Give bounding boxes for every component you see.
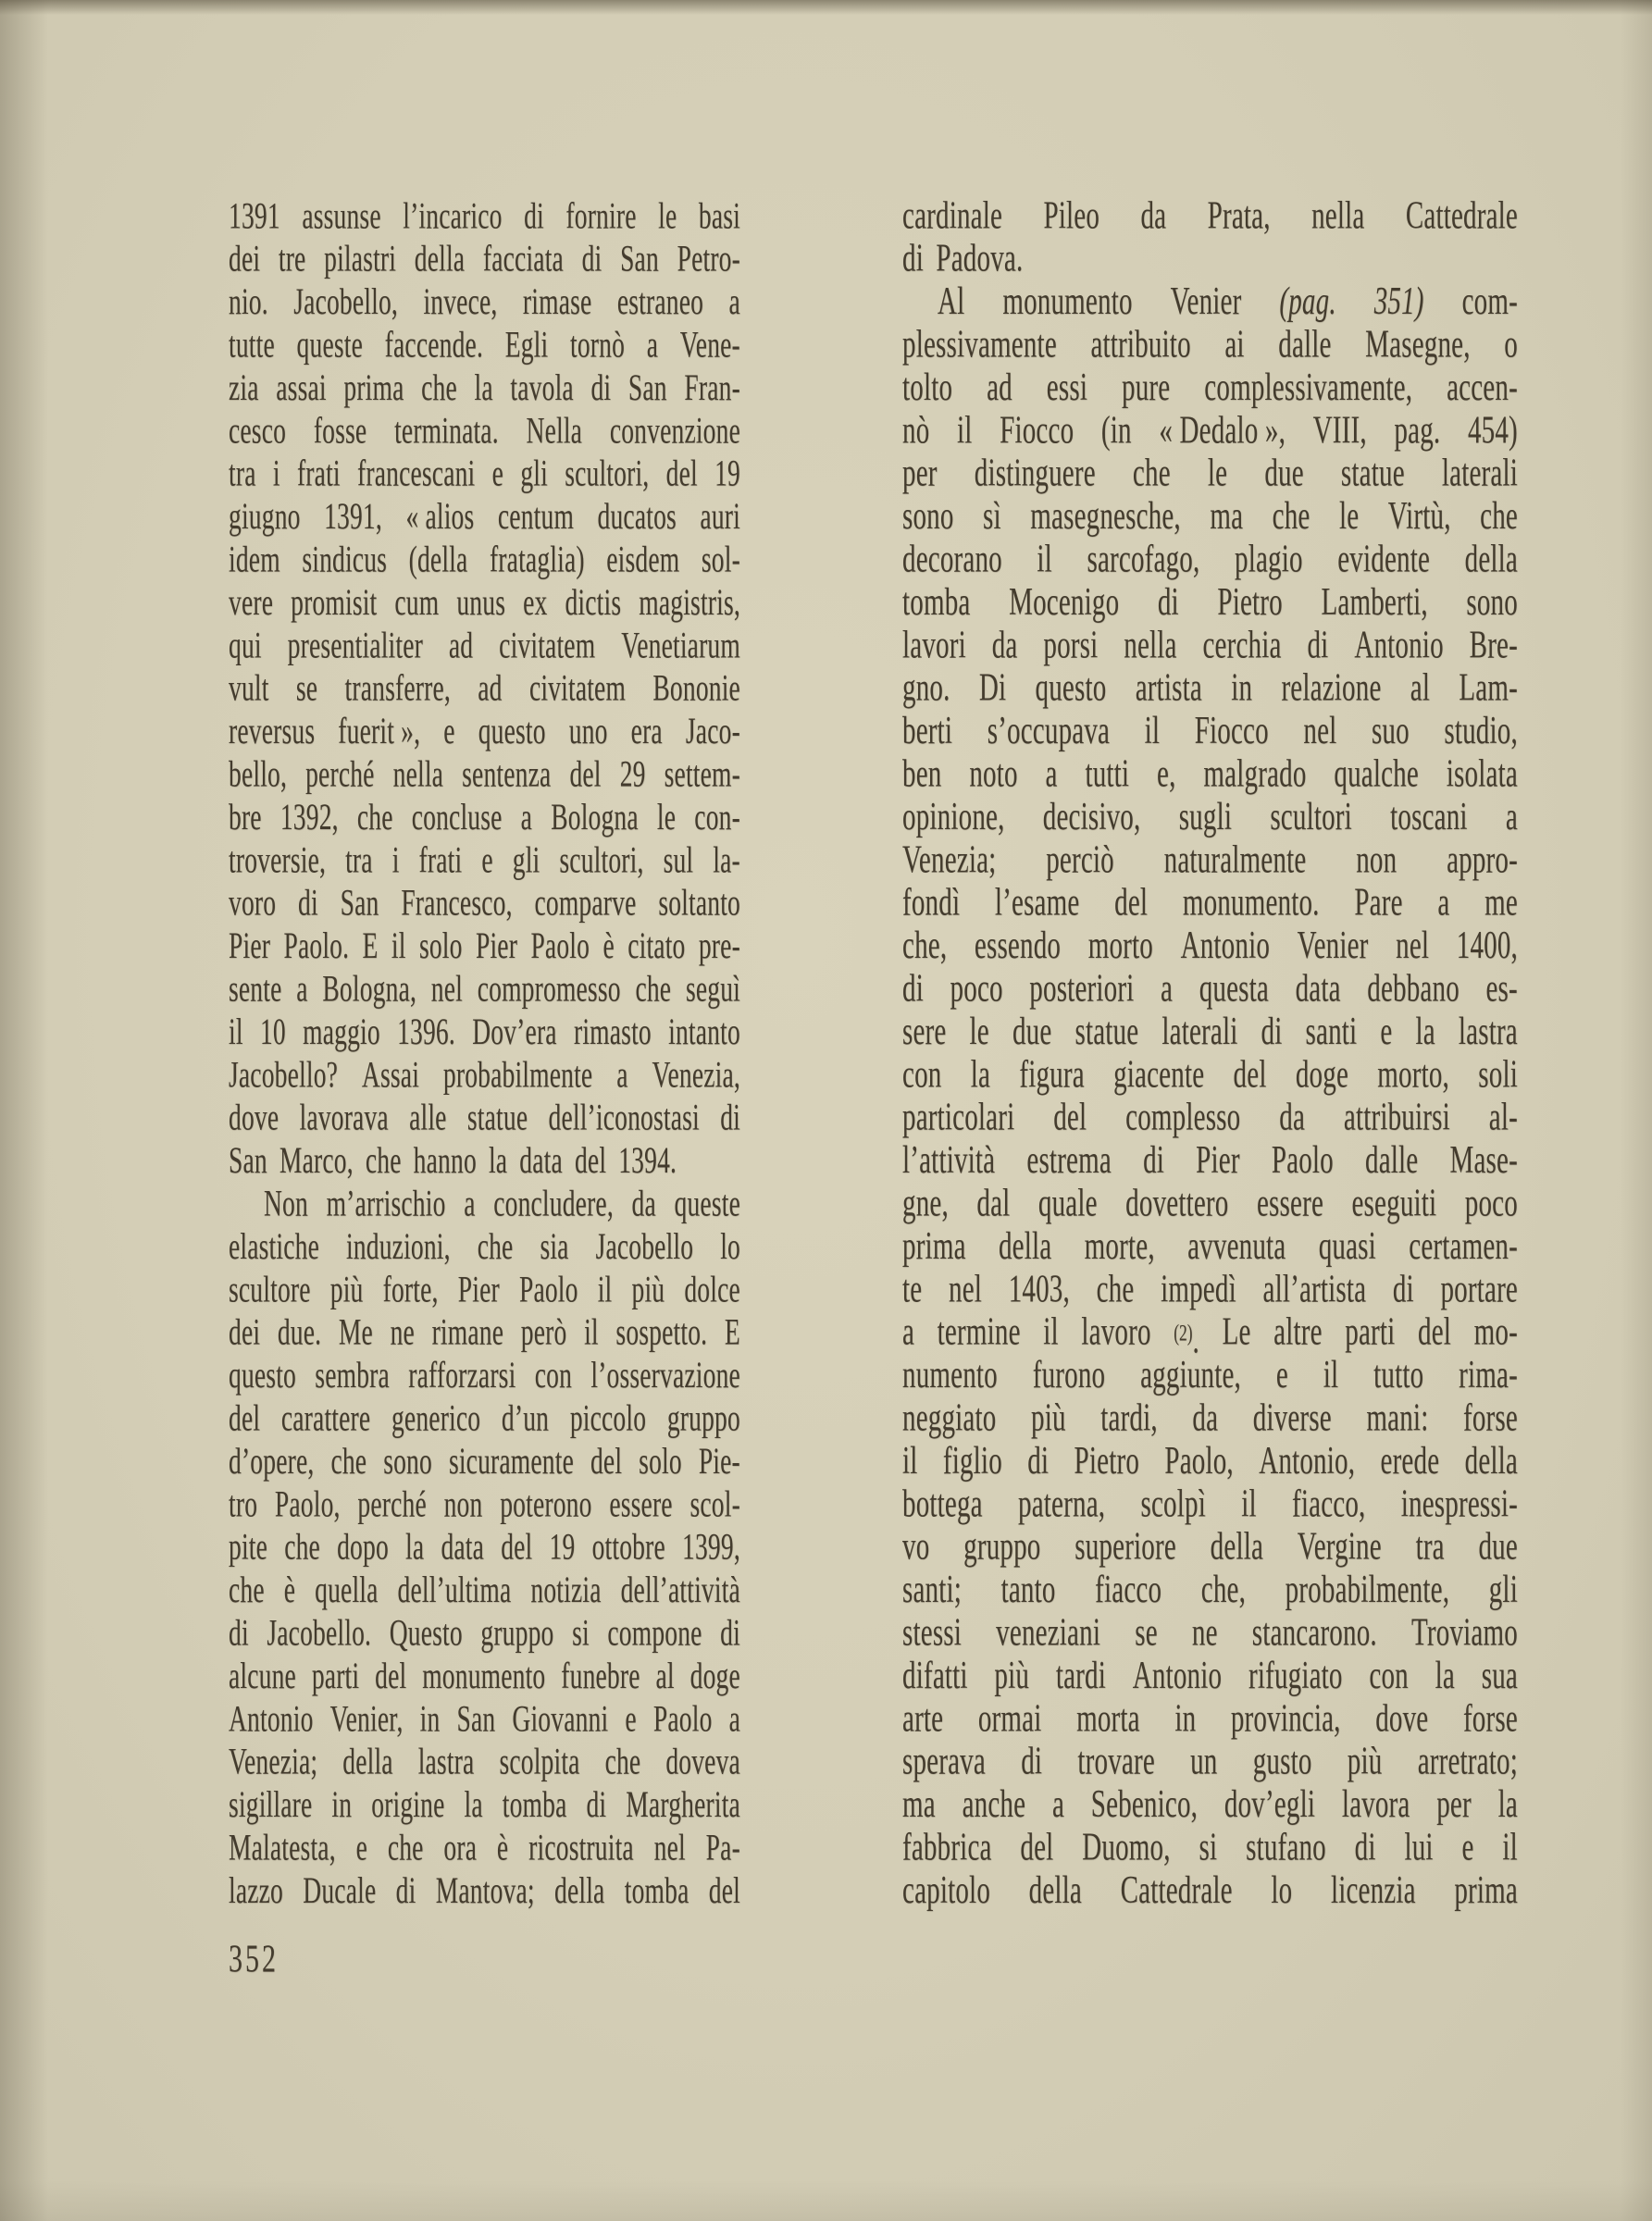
word: Di [979, 666, 1006, 709]
word: le [1208, 452, 1227, 494]
word: Jacobello? [229, 1053, 338, 1096]
word: di [298, 881, 318, 924]
word: tanto [1001, 1569, 1056, 1611]
word: sono [1466, 581, 1518, 624]
text-line: nòilFiocco(in« Dedalo »,VIII,pag.454) [902, 409, 1518, 452]
word: evidente [1337, 538, 1430, 580]
text-line: reversusfuerit »,equestounoeraJaco- [229, 710, 740, 752]
word: del [569, 752, 601, 795]
word: i [273, 452, 280, 494]
word: a [902, 1310, 914, 1353]
word: vo [902, 1525, 929, 1568]
word: laterali [1161, 1011, 1237, 1053]
word: questo [229, 1354, 296, 1396]
word: che [478, 1225, 514, 1268]
word: la [971, 1053, 990, 1096]
word: il [584, 1310, 599, 1353]
word: 454) [1468, 409, 1518, 452]
word: debbano [1367, 967, 1459, 1010]
word: santi [1306, 1011, 1358, 1053]
word: poco [950, 967, 1003, 1010]
word: le [1339, 495, 1359, 538]
word: con [902, 1053, 941, 1096]
text-line: vorodiSanFrancesco,comparvesoltanto [229, 881, 740, 924]
word: statue [1341, 452, 1405, 494]
word: data [441, 1525, 484, 1568]
word: Jacobello, [293, 280, 398, 323]
word: plessivamente [902, 323, 1057, 366]
word: induzioni, [346, 1225, 451, 1268]
word: Lam- [1459, 666, 1518, 709]
word: Petro- [677, 237, 740, 279]
text-line: santi;tantofiaccoche,probabilmente,gli [902, 1569, 1518, 1611]
word: al [1410, 666, 1430, 709]
word: masegnesche, [1030, 495, 1181, 538]
word: Cattedrale [1121, 1869, 1233, 1912]
word: 19 [714, 452, 740, 494]
word: del [1234, 1053, 1267, 1096]
word: Antonio [1133, 1655, 1222, 1697]
word: doge [690, 1655, 740, 1697]
word: essi [1047, 366, 1087, 409]
word: aggiunte, [1140, 1354, 1241, 1396]
word: il [229, 1011, 243, 1053]
word: il [1241, 1483, 1257, 1525]
word: stufano [1246, 1826, 1326, 1868]
word: dalle [1365, 1139, 1418, 1182]
word: a [296, 967, 307, 1010]
word: santi; [902, 1569, 962, 1611]
word: San [628, 366, 667, 409]
word: sono [383, 1440, 432, 1483]
word: che [1133, 452, 1171, 494]
word: me [1484, 881, 1518, 924]
word: assunse [302, 194, 380, 237]
word: e [356, 1826, 367, 1868]
word: Non [264, 1182, 308, 1224]
word: nel [1396, 924, 1429, 967]
word: lavorava [300, 1096, 389, 1138]
word: tutti [1085, 752, 1129, 795]
word: al [656, 1655, 675, 1697]
word: Me [339, 1310, 373, 1353]
word: Sebenico, [1091, 1783, 1198, 1826]
word: gli [1489, 1569, 1518, 1611]
word: civitatem [529, 666, 626, 709]
word: sia [540, 1225, 568, 1268]
word: sembra [315, 1354, 390, 1396]
word: ormai [978, 1697, 1042, 1740]
text-line: Malatesta,echeoraèricostruitanelPa- [229, 1826, 740, 1868]
text-column-right: cardinalePileodaPrata,nellaCattedraledi … [902, 194, 1518, 1912]
word: provincia, [1231, 1697, 1341, 1740]
word: Al [938, 280, 964, 323]
text-line: ilfigliodiPietroPaolo,Antonio,erededella [902, 1440, 1518, 1483]
word: termine [938, 1310, 1021, 1353]
word: decisivo, [1043, 796, 1141, 838]
word: vult [229, 666, 269, 709]
word: berti [902, 710, 952, 752]
word: ai [1224, 323, 1244, 366]
word: Le [1223, 1310, 1251, 1353]
text-line: neggiatopiùtardi,dadiversemani:forse [902, 1396, 1518, 1439]
word: es- [1485, 967, 1517, 1010]
word: essere [1257, 1182, 1323, 1224]
text-line: bello,perchénellasentenzadel29settem- [229, 752, 740, 795]
text-line: difattipiùtardiAntoniorifugiatoconlasua [902, 1655, 1518, 1697]
word: 1396. [397, 1011, 455, 1053]
word: due [1012, 1011, 1051, 1053]
word: il [902, 1440, 918, 1483]
word: l’esame [995, 881, 1080, 924]
word: Pietro [1217, 581, 1282, 624]
word: porsi [1043, 624, 1098, 666]
word: del [709, 1869, 740, 1912]
text-line: capitolodellaCattedralelolicenziaprima [902, 1869, 1518, 1912]
word: tolto [902, 366, 952, 409]
word: dalle [1278, 323, 1331, 366]
word: idem [229, 538, 280, 580]
word: accen- [1447, 366, 1518, 409]
word: ducatos [598, 495, 677, 538]
word: erede [1381, 1440, 1440, 1483]
word: frataglia) [490, 538, 585, 580]
word: gruppo [963, 1525, 1040, 1568]
word: mo- [1474, 1310, 1518, 1353]
word: la [1415, 1011, 1435, 1053]
word: forse [1463, 1396, 1518, 1439]
word: statue [1074, 1011, 1138, 1053]
word: di [1307, 624, 1328, 666]
text-line: tenel1403,cheimpedìall’artistadiportare [902, 1268, 1518, 1310]
word: non [444, 1483, 483, 1525]
word: data [1296, 967, 1341, 1010]
word: del [1020, 1826, 1053, 1868]
word: tavola [510, 366, 573, 409]
text-line: toltoadessipurecomplessivamente,accen- [902, 366, 1518, 409]
word: che [229, 1569, 265, 1611]
word: e [1461, 1826, 1473, 1868]
word: dell’ultima [398, 1569, 512, 1611]
text-line: arteormaimortainprovincia,doveforse [902, 1697, 1518, 1740]
word: notizia [530, 1569, 601, 1611]
word: nel [431, 967, 463, 1010]
word: Vene- [680, 323, 740, 366]
word: Fiocco [1000, 409, 1074, 452]
word: la- [713, 838, 740, 881]
word: sono [902, 495, 954, 538]
text-line: lavoridaporsinellacerchiadiAntonioBre- [902, 624, 1518, 666]
word: (pag. [1279, 280, 1335, 323]
text-line: bottegapaterna,scolpìilfiacco,inespressi… [902, 1483, 1518, 1525]
word: Margherita [626, 1783, 740, 1826]
word: del [1418, 1310, 1451, 1353]
word: sentenza [462, 752, 551, 795]
word: Paolo [519, 1268, 578, 1310]
word: non [1356, 838, 1397, 881]
word: rima- [1459, 1354, 1518, 1396]
word: settem- [665, 752, 740, 795]
word: nio. [229, 280, 268, 323]
word: Bologna [551, 796, 639, 838]
word: lo [1271, 1869, 1292, 1912]
word: neggiato [902, 1396, 996, 1439]
word: con- [694, 796, 740, 838]
word: di [1021, 1740, 1042, 1782]
word: Venier [1171, 280, 1242, 323]
word: lavori [902, 624, 966, 666]
word: del [1114, 881, 1148, 924]
word: ben [902, 752, 941, 795]
word: 1403, [1009, 1268, 1070, 1310]
text-line: maancheaSebenico,dov’eglilavoraperla [902, 1783, 1518, 1826]
word: intanto [668, 1011, 740, 1053]
word: bello, [229, 752, 287, 795]
word: concluse [412, 796, 503, 838]
word: Bre- [1470, 624, 1518, 666]
word: 29 [620, 752, 646, 795]
word: sigillare [229, 1783, 312, 1826]
word: la [464, 1783, 482, 1826]
word: seguì [686, 967, 740, 1010]
word: pite [229, 1525, 267, 1568]
word: Mase- [1449, 1139, 1517, 1182]
word: origine [371, 1783, 444, 1826]
word: dove [1375, 1697, 1428, 1740]
word: dei [229, 1310, 260, 1353]
word: bottega [902, 1483, 983, 1525]
text-line: Jacobello?AssaiprobabilmenteaVenezia, [229, 1053, 740, 1096]
word: a [1161, 967, 1173, 1010]
word: Francesco, [401, 881, 512, 924]
word: Pier [1196, 1139, 1240, 1182]
word: Egli [505, 323, 549, 366]
word: arte [902, 1697, 943, 1740]
word: che [635, 967, 671, 1010]
word: di [1143, 1139, 1164, 1182]
word: da [1140, 194, 1166, 237]
word: della [1029, 1869, 1082, 1912]
word: basi [699, 194, 740, 237]
word: il [1145, 710, 1161, 752]
word: Paolo, [275, 1483, 341, 1525]
word: tutte [229, 323, 275, 366]
word: sì [983, 495, 1001, 538]
word: ex [523, 581, 547, 624]
word: 1400, [1457, 924, 1518, 967]
word: parti [1345, 1310, 1395, 1353]
word: tro [229, 1483, 257, 1525]
word: posteriori [1029, 967, 1134, 1010]
word: funebre [561, 1655, 640, 1697]
word: due. [278, 1310, 321, 1353]
word: ora [443, 1826, 477, 1868]
word: 351) [1374, 280, 1424, 323]
word: distinguere [975, 452, 1096, 494]
word: per [902, 452, 938, 494]
word: ottobre [592, 1525, 665, 1568]
word: furono [1033, 1354, 1106, 1396]
word: Bologna, [322, 967, 416, 1010]
word: di [720, 1611, 740, 1654]
word: Masegne, [1365, 323, 1471, 366]
word: Pietro [1074, 1440, 1139, 1483]
word: il [1037, 538, 1052, 580]
word: maggio [303, 1011, 380, 1053]
word: E [725, 1310, 740, 1353]
word: morta [1076, 1697, 1140, 1740]
word: gusto [1253, 1740, 1312, 1782]
word: e [492, 452, 503, 494]
word: certamen- [1409, 1225, 1518, 1268]
word: e [1276, 1354, 1288, 1396]
text-line: troPaolo,perchénonpoteronoesserescol- [229, 1483, 740, 1525]
word: la [475, 366, 493, 409]
word: bre [229, 796, 262, 838]
text-line: vultsetransferre,adcivitatemBononie [229, 666, 740, 709]
word: Jacobello [596, 1225, 694, 1268]
word: il [957, 409, 973, 452]
word: che [388, 1826, 424, 1868]
text-line: cheèquelladell’ultimanotiziadell’attivit… [229, 1569, 740, 1611]
word: gne, [902, 1182, 949, 1224]
text-line: stessivenezianisenestancarono.Troviamo [902, 1611, 1518, 1654]
word: Virtù, [1388, 495, 1451, 538]
word: rifugiato [1248, 1655, 1343, 1697]
word: dolce [684, 1268, 740, 1310]
word: complessivamente, [1204, 366, 1412, 409]
text-line: bre1392,checoncluseaBolognalecon- [229, 796, 740, 838]
word: m’arrischio [327, 1182, 446, 1224]
word: del [229, 1396, 260, 1439]
word: di [590, 366, 611, 409]
word: Troviamo [1411, 1611, 1518, 1654]
word: quasi [1319, 1225, 1376, 1268]
word: che [1480, 495, 1518, 538]
word: San [456, 1697, 495, 1740]
word: numento [902, 1354, 998, 1396]
word: statue [467, 1096, 528, 1138]
word: l’osservazione [590, 1354, 740, 1396]
word: questo [1036, 666, 1107, 709]
word: queste [675, 1182, 740, 1224]
word: faccende. [385, 323, 483, 366]
word: magistris, [639, 581, 740, 624]
word: invece, [423, 280, 497, 323]
text-line: tombaMocenigodiPietroLamberti,sono [902, 581, 1518, 624]
word: 1399, [682, 1525, 740, 1568]
word: artista [1136, 666, 1202, 709]
word: pre- [699, 924, 740, 967]
word: facciata [483, 237, 564, 279]
word: della [1465, 538, 1518, 580]
word: parti [312, 1655, 359, 1697]
word: VIII, [1313, 409, 1367, 452]
word: Venier, [330, 1697, 404, 1740]
word: Malatesta, [229, 1826, 336, 1868]
word: dictis [565, 581, 621, 624]
text-line: dovelavoravaallestatuedell’iconostasidi [229, 1096, 740, 1138]
word: paterna, [1018, 1483, 1105, 1525]
word: ad [478, 666, 502, 709]
word: gruppo [480, 1611, 553, 1654]
word: scol- [689, 1483, 739, 1525]
text-line: troversie,traifratiegliscultori,sulla- [229, 838, 740, 881]
word: d’opere, [229, 1440, 314, 1483]
text-line: speravaditrovareungustopiùarretrato; [902, 1740, 1518, 1782]
text-line: che,essendomortoAntonioVeniernel1400, [902, 924, 1518, 967]
word: compromesso [478, 967, 621, 1010]
word: di [1355, 1826, 1376, 1868]
word: Mantova; [436, 1869, 535, 1912]
word: che [1273, 495, 1310, 538]
word: il [391, 924, 406, 967]
text-line: PierPaolo.EilsoloPierPaoloècitatopre- [229, 924, 740, 967]
text-line: di Padova. [902, 237, 1518, 279]
text-line: alcunepartidelmonumentofunebrealdoge [229, 1655, 740, 1697]
word: generico [391, 1396, 480, 1439]
text-line: sigillareinoriginelatombadiMargherita [229, 1783, 740, 1826]
word: citato [627, 924, 685, 967]
text-line: gno.DiquestoartistainrelazionealLam- [902, 666, 1518, 709]
word: nella [1124, 624, 1176, 666]
word: s’occupava [987, 710, 1110, 752]
word: il [1043, 1310, 1059, 1353]
word: Duomo, [1082, 1826, 1170, 1868]
word: fabbrica [902, 1826, 992, 1868]
word: di [720, 1096, 740, 1138]
text-line: tuttequestefaccende.EglitornòaVene- [229, 323, 740, 366]
word: attribuito [1090, 323, 1190, 366]
word: ne [1192, 1611, 1218, 1654]
word: ad [449, 624, 473, 666]
text-line: opinione,decisivo,sugliscultoritoscania [902, 796, 1518, 838]
word: eisdem [606, 538, 679, 580]
word: (in [1101, 409, 1132, 452]
word: Fiocco [1195, 710, 1269, 752]
word: queste [297, 323, 363, 366]
text-line: l’attivitàestremadiPierPaolodalleMase- [902, 1139, 1518, 1182]
word: nò [902, 409, 929, 452]
word: se [296, 666, 317, 709]
word: in [1231, 666, 1252, 709]
word: il [598, 1268, 613, 1310]
word: cardinale [902, 194, 1002, 237]
word: a [1437, 881, 1449, 924]
text-line: deitrepilastridellafacciatadiSanPetro- [229, 237, 740, 279]
word: solo [639, 1440, 682, 1483]
word: reversus [229, 710, 315, 752]
word: Venetiarum [621, 624, 740, 666]
word: forse [1463, 1697, 1518, 1740]
word: prima [343, 366, 404, 409]
word: il [1502, 1826, 1518, 1868]
word: sospetto. [615, 1310, 707, 1353]
word: scultore [229, 1268, 311, 1310]
word: la [1498, 1783, 1518, 1826]
word: che [421, 366, 457, 409]
word: essendo [975, 924, 1061, 967]
word: portare [1440, 1268, 1518, 1310]
word: veneziani [996, 1611, 1100, 1654]
word: le [970, 1011, 989, 1053]
word: Venier [1298, 924, 1369, 967]
word: Antonio [1354, 624, 1443, 666]
text-line: sereleduestatuelateralidisantielalastra [902, 1011, 1518, 1053]
word: morto [1088, 924, 1153, 967]
word: tornò [570, 323, 625, 366]
word: fuerit », [338, 710, 420, 752]
